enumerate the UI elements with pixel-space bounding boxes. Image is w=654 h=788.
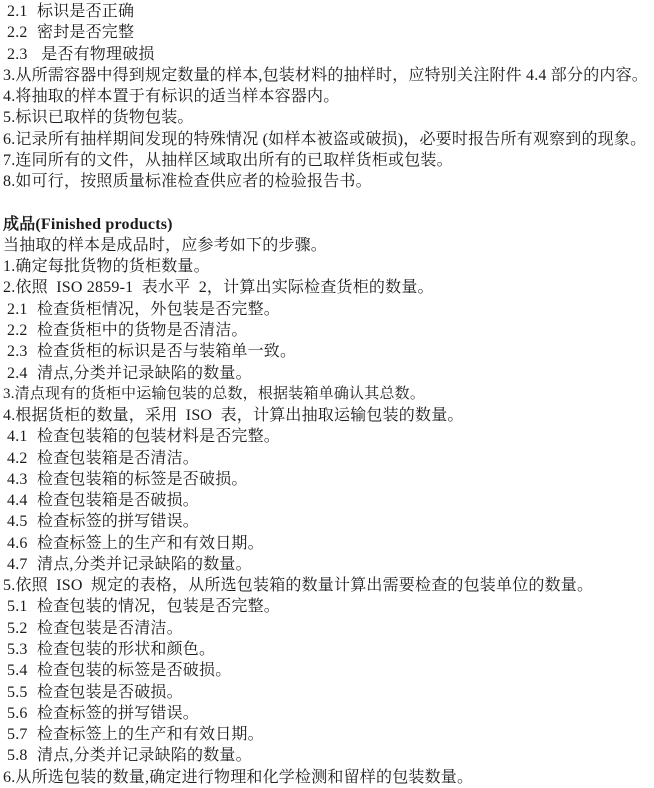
line-text: 清点,分类并记录缺陷的数量。	[37, 556, 252, 573]
document-line: 8.如可行，按照质量标准检查供应者的检验报告书。	[0, 171, 654, 192]
section-heading: 成品(Finished products)	[0, 214, 654, 235]
line-text: 连同所有的文件，从抽样区域取出所有的已取样货柜或包装。	[15, 152, 452, 169]
document-line: 5.8清点,分类并记录缺陷的数量。	[0, 745, 654, 766]
line-number: 2.	[3, 279, 15, 296]
heading-english: (Finished products)	[35, 216, 172, 233]
line-text: 检查货柜情况，外包装是否完整。	[37, 301, 280, 318]
document-line: 5.4检查包装的标签是否破损。	[0, 660, 654, 681]
blank-line	[0, 192, 654, 213]
line-text: 检查包装的情况，包装是否完整。	[37, 598, 280, 615]
document-line: 4.6检查标签上的生产和有效日期。	[0, 533, 654, 554]
line-number: 4.	[3, 407, 15, 424]
document-line: 4.7清点,分类并记录缺陷的数量。	[0, 554, 654, 575]
line-text: 如可行，按照质量标准检查供应者的检验报告书。	[15, 173, 371, 190]
document-line: 2.3 是否有物理破损	[0, 44, 654, 65]
line-text: 检查标签的拼写错误。	[37, 513, 199, 530]
document-line: 2.1标识是否正确	[0, 1, 654, 22]
heading-chinese: 成品	[3, 216, 35, 233]
document-line: 6.从所选包装的数量,确定进行物理和化学检测和留样的包装数量。	[0, 767, 654, 788]
document-line: 7.连同所有的文件，从抽样区域取出所有的已取样货柜或包装。	[0, 150, 654, 171]
document-line: 4.4检查包装箱是否破损。	[0, 490, 654, 511]
line-number: 3.	[3, 386, 15, 402]
line-number: 5.8	[7, 745, 37, 766]
document-line: 4.2检查包装箱是否清洁。	[0, 448, 654, 469]
line-text: 标识已取样的货物包装。	[15, 109, 193, 126]
line-text: 检查标签上的生产和有效日期。	[37, 726, 264, 743]
line-number: 2.3	[7, 44, 37, 65]
document-line: 当抽取的样本是成品时，应参考如下的步骤。	[0, 235, 654, 256]
line-number: 7.	[3, 152, 15, 169]
document-line: 5.3检查包装的形状和颜色。	[0, 639, 654, 660]
line-text: 检查标签的拼写错误。	[37, 705, 199, 722]
line-number: 4.4	[7, 490, 37, 511]
line-text: 根据货柜的数量，采用 ISO 表，计算出抽取运输包装的数量。	[15, 407, 463, 424]
document-line: 2.2密封是否完整	[0, 22, 654, 43]
line-number: 5.1	[7, 596, 37, 617]
document-line: 1.确定每批货物的货柜数量。	[0, 256, 654, 277]
line-number: 5.6	[7, 703, 37, 724]
line-number: 6.	[3, 131, 15, 148]
document-line: 4.5检查标签的拼写错误。	[0, 511, 654, 532]
line-text: 检查包装箱的包装材料是否完整。	[37, 428, 280, 445]
line-text: 检查货柜中的货物是否清洁。	[37, 322, 248, 339]
line-text: 检查包装的形状和颜色。	[37, 641, 215, 658]
line-text: 密封是否完整	[37, 24, 134, 41]
line-number: 3.	[3, 67, 15, 84]
line-number: 4.5	[7, 511, 37, 532]
document-line: 4.根据货柜的数量，采用 ISO 表，计算出抽取运输包装的数量。	[0, 405, 654, 426]
line-text: 检查包装是否清洁。	[37, 620, 183, 637]
document-line: 5.1检查包装的情况，包装是否完整。	[0, 596, 654, 617]
line-number: 2.1	[7, 1, 37, 22]
line-text: 清点现有的货柜中运输包装的总数，根据装箱单确认其总数。	[15, 386, 425, 402]
line-text: 检查标签上的生产和有效日期。	[37, 535, 264, 552]
document-line: 2.依照 ISO 2859-1 表水平 2，计算出实际检查货柜的数量。	[0, 277, 654, 298]
document-line: 4.1检查包装箱的包装材料是否完整。	[0, 426, 654, 447]
line-number: 5.	[3, 577, 15, 594]
line-number: 6.	[3, 769, 15, 786]
document-line: 2.4清点,分类并记录缺陷的数量。	[0, 363, 654, 384]
line-number: 5.2	[7, 618, 37, 639]
document-line: 2.2检查货柜中的货物是否清洁。	[0, 320, 654, 341]
line-text: 检查包装箱是否破损。	[37, 492, 199, 509]
line-number: 5.7	[7, 724, 37, 745]
line-number: 2.3	[7, 341, 37, 362]
line-number: 4.6	[7, 533, 37, 554]
line-text: 是否有物理破损	[37, 46, 155, 63]
line-text: 当抽取的样本是成品时，应参考如下的步骤。	[3, 237, 327, 254]
line-text: 标识是否正确	[37, 3, 134, 20]
line-number: 5.3	[7, 639, 37, 660]
document-line: 6.记录所有抽样期间发现的特殊情况 (如样本被盗或破损)，必要时报告所有观察到的…	[0, 129, 654, 150]
document-line: 5.标识已取样的货物包装。	[0, 107, 654, 128]
line-text: 检查包装是否破损。	[37, 684, 183, 701]
line-number: 4.3	[7, 469, 37, 490]
line-text: 清点,分类并记录缺陷的数量。	[37, 365, 252, 382]
line-text: 从所选包装的数量,确定进行物理和化学检测和留样的包装数量。	[15, 769, 473, 786]
document-line: 5.2检查包装是否清洁。	[0, 618, 654, 639]
document-line: 3.清点现有的货柜中运输包装的总数，根据装箱单确认其总数。	[0, 384, 654, 405]
line-number: 2.1	[7, 299, 37, 320]
line-text: 检查包装箱是否清洁。	[37, 450, 199, 467]
line-number: 1.	[3, 258, 15, 275]
line-number: 4.1	[7, 426, 37, 447]
document-line: 4.3检查包装箱的标签是否破损。	[0, 469, 654, 490]
line-text: 从所需容器中得到规定数量的样本,包装材料的抽样时，应特别关注附件 4.4 部分的…	[15, 67, 648, 84]
document-line: 3.从所需容器中得到规定数量的样本,包装材料的抽样时，应特别关注附件 4.4 部…	[0, 65, 654, 86]
line-number: 4.2	[7, 448, 37, 469]
document-body: 2.1标识是否正确2.2密封是否完整2.3 是否有物理破损3.从所需容器中得到规…	[0, 1, 654, 788]
line-number: 4.	[3, 88, 15, 105]
line-number: 5.5	[7, 682, 37, 703]
document-line: 5.5检查包装是否破损。	[0, 682, 654, 703]
line-text: 将抽取的样本置于有标识的适当样本容器内。	[15, 88, 339, 105]
line-text: 依照 ISO 2859-1 表水平 2，计算出实际检查货柜的数量。	[15, 279, 433, 296]
line-text: 记录所有抽样期间发现的特殊情况 (如样本被盗或破损)，必要时报告所有观察到的现象…	[15, 131, 646, 148]
line-number: 5.4	[7, 660, 37, 681]
document-line: 2.1检查货柜情况，外包装是否完整。	[0, 299, 654, 320]
document-line: 5.依照 ISO 规定的表格，从所选包装箱的数量计算出需要检查的包装单位的数量。	[0, 575, 654, 596]
line-text: 检查包装的标签是否破损。	[37, 662, 231, 679]
line-number: 4.7	[7, 554, 37, 575]
document-line: 5.6检查标签的拼写错误。	[0, 703, 654, 724]
line-number: 2.2	[7, 320, 37, 341]
line-text: 依照 ISO 规定的表格，从所选包装箱的数量计算出需要检查的包装单位的数量。	[15, 577, 593, 594]
document-line: 5.7检查标签上的生产和有效日期。	[0, 724, 654, 745]
line-text: 检查货柜的标识是否与装箱单一致。	[37, 343, 296, 360]
document-line: 2.3检查货柜的标识是否与装箱单一致。	[0, 341, 654, 362]
line-text: 检查包装箱的标签是否破损。	[37, 471, 248, 488]
line-number: 2.2	[7, 22, 37, 43]
line-number: 2.4	[7, 363, 37, 384]
line-number: 8.	[3, 173, 15, 190]
line-text: 清点,分类并记录缺陷的数量。	[37, 747, 252, 764]
line-number: 5.	[3, 109, 15, 126]
document-line: 4.将抽取的样本置于有标识的适当样本容器内。	[0, 86, 654, 107]
document-page: 2.1标识是否正确2.2密封是否完整2.3 是否有物理破损3.从所需容器中得到规…	[0, 0, 654, 788]
line-text: 确定每批货物的货柜数量。	[15, 258, 209, 275]
